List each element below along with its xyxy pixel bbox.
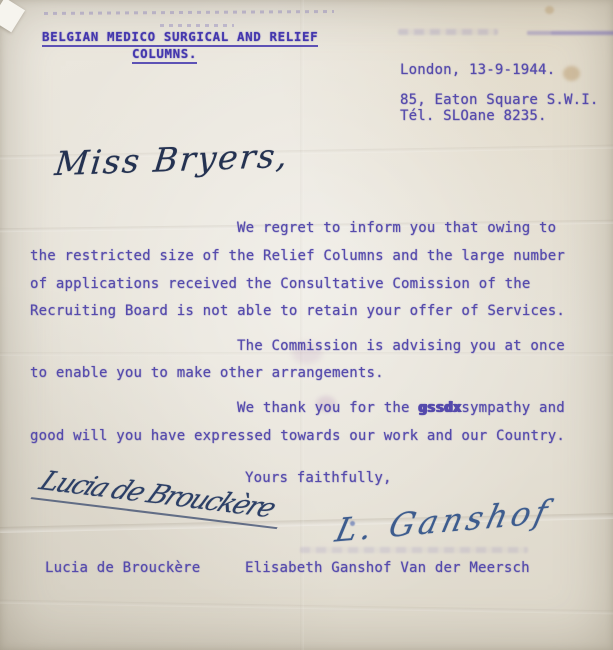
dateline-phone: Tél. SLOane 8235. <box>400 108 547 124</box>
body-paragraph3-line: good will you have expressed towards our… <box>30 428 565 444</box>
faded-ink-smudge <box>300 547 528 553</box>
dateline-address: 85, Eaton Square S.W.I. <box>400 92 598 108</box>
ink-stain <box>563 66 580 81</box>
typed-name-right: Elisabeth Ganshof Van der Meersch <box>245 560 530 576</box>
ink-offset-dashes <box>160 24 234 27</box>
ink-offset-dashes <box>44 10 334 15</box>
body-paragraph1-line: We regret to inform you that owing to <box>237 220 556 236</box>
paragraph3-text-before: We thank you for the <box>237 400 418 416</box>
ink-stain <box>545 6 554 14</box>
typed-name-left: Lucia de Brouckère <box>45 560 200 576</box>
body-paragraph2-line: The Commission is advising you at once <box>237 338 565 354</box>
torn-corner <box>0 0 25 32</box>
body-paragraph3-line: We thank you for the gssdxsympathy and <box>237 400 565 416</box>
body-paragraph2-line: to enable you to make other arrangements… <box>30 365 384 381</box>
signature-ganshof: L. Ganshof <box>332 492 555 550</box>
letter-document: BELGIAN MEDICO SURGICAL AND RELIEF COLUM… <box>0 0 613 650</box>
faded-ink-smudge <box>398 29 498 35</box>
body-paragraph1-line: Recruiting Board is not able to retain y… <box>30 303 565 319</box>
letterhead-line2: COLUMNS. <box>132 46 197 64</box>
dateline-city-date: London, 13-9-1944. <box>400 62 555 78</box>
paragraph3-text-after: sympathy and <box>461 400 565 416</box>
body-paragraph1-line: the restricted size of the Relief Column… <box>30 248 565 264</box>
crease-fold <box>0 600 613 615</box>
handwritten-greeting: Miss Bryers, <box>53 136 291 183</box>
body-paragraph1-line: of applications received the Consultativ… <box>30 276 530 292</box>
overtyped-word: gssdx <box>418 400 461 416</box>
letterhead-line1: BELGIAN MEDICO SURGICAL AND RELIEF <box>42 29 318 47</box>
closing-salutation: Yours faithfully, <box>245 470 392 486</box>
